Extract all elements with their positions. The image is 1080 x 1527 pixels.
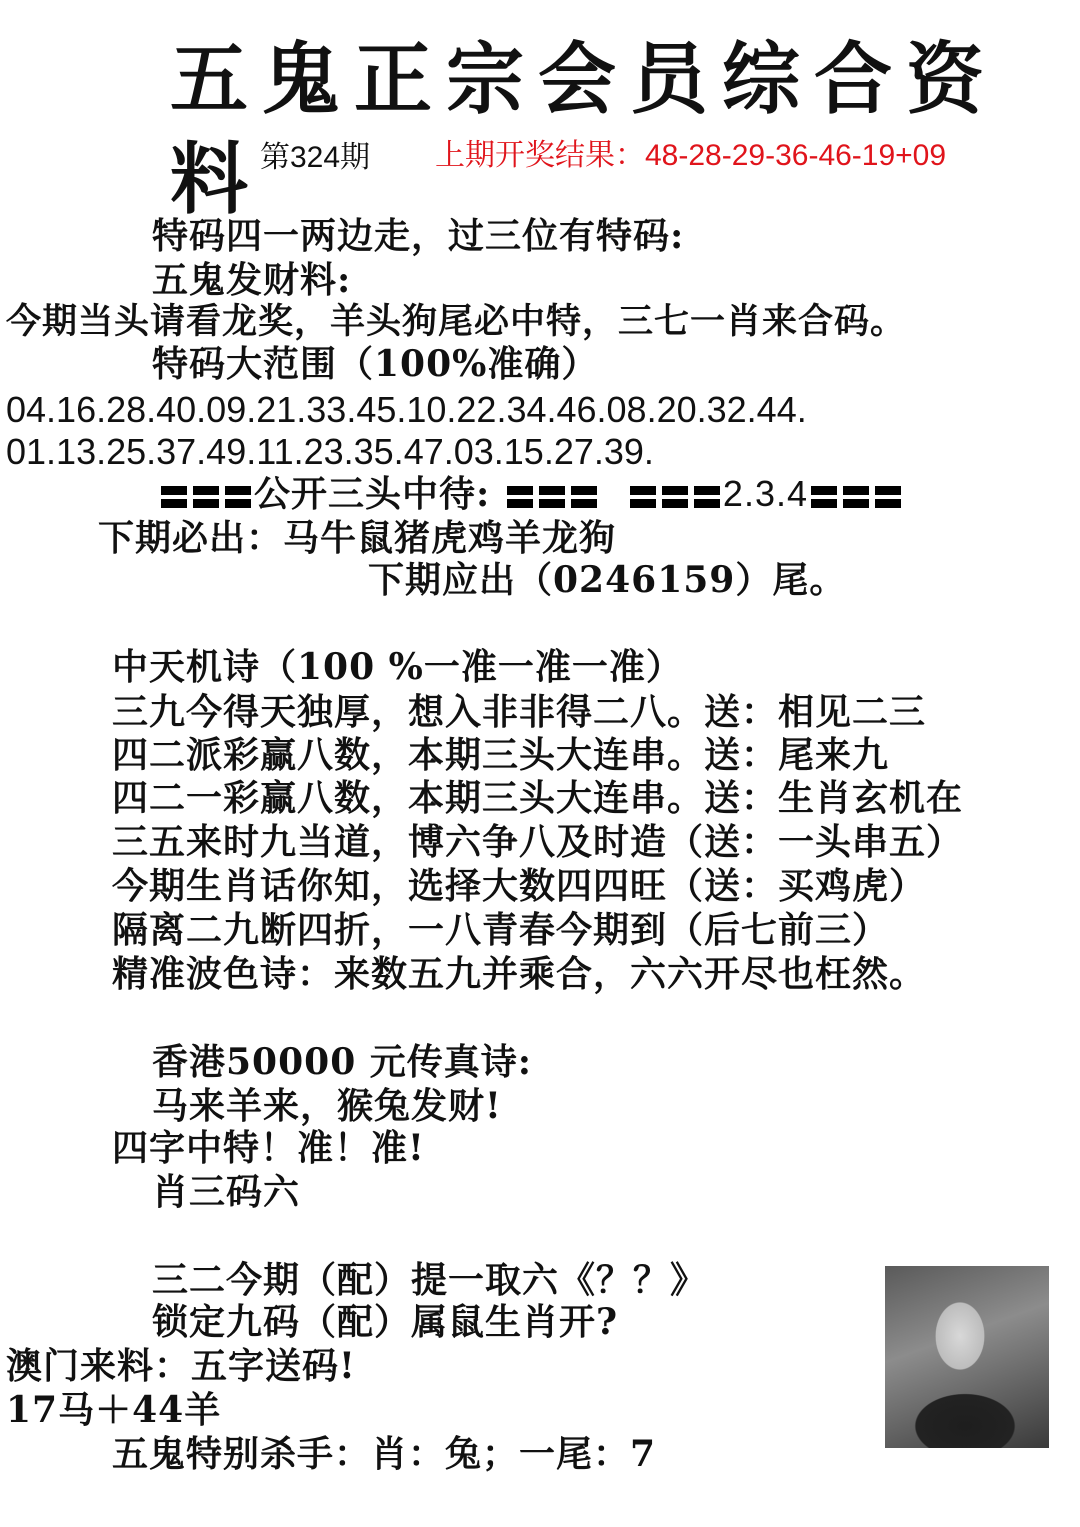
last-result: 上期开奖结果：48-28-29-36-46-19+09 xyxy=(435,136,946,176)
macau-line: 澳门来料：五字送码! xyxy=(6,1344,356,1388)
text-line: 五鬼发财料: xyxy=(152,258,351,302)
portrait-photo xyxy=(885,1266,1049,1448)
block-icon xyxy=(694,486,720,508)
poem-line: 隔离二九断四折，一八青春今期到（后七前三） xyxy=(112,908,889,952)
block-icon xyxy=(811,486,837,508)
hk-line: 香港50000 元传真诗: xyxy=(152,1040,532,1084)
text-line: 特码四一两边走，过三位有特码: xyxy=(152,214,684,258)
block-icon xyxy=(875,486,901,508)
bottom-line: 三二今期（配）提一取六《？？》 xyxy=(152,1258,707,1302)
last-result-label: 上期开奖结果： xyxy=(435,139,645,172)
poem-line: 三九今得天独厚，想入非非得二八。送：相见二三 xyxy=(112,690,926,734)
issue-number: 第324期 xyxy=(260,138,370,178)
block-icon xyxy=(662,486,688,508)
text-line: 今期当头请看龙奖，羊头狗尾必中特，三七一肖来合码。 xyxy=(6,300,906,344)
public-heads-label: 公开三头中待: xyxy=(254,473,490,515)
page-title: 五鬼正宗会员综合资料 xyxy=(170,30,1080,230)
bottom-line: 锁定九码（配）属鼠生肖开? xyxy=(152,1300,618,1344)
number-range-row-2: 01.13.25.37.49.11.23.35.47.03.15.27.39. xyxy=(6,430,654,474)
poem-line: 四二派彩赢八数，本期三头大连串。送：尾来九 xyxy=(112,733,889,777)
poem-line: 三五来时九当道，博六争八及时造（送：一头串五） xyxy=(112,820,963,864)
next-tail: 下期应出（0246159）尾。 xyxy=(368,558,846,602)
block-icon xyxy=(161,486,187,508)
poem-title: 中天机诗（100 %一准一准一准） xyxy=(112,645,683,689)
poem-line: 今期生肖话你知，选择大数四四旺（送：买鸡虎） xyxy=(112,864,926,908)
block-icon xyxy=(507,486,533,508)
number-range-row-1: 04.16.28.40.09.21.33.45.10.22.34.46.08.2… xyxy=(6,388,807,432)
block-icon xyxy=(571,486,597,508)
poem-line: 四二一彩赢八数，本期三头大连串。送：生肖玄机在 xyxy=(112,776,963,820)
text-line: 特码大范围（100%准确） xyxy=(152,342,598,386)
killer-line: 五鬼特别杀手：肖：兔；一尾：7 xyxy=(112,1432,656,1476)
hk-line: 马来羊来，猴兔发财! xyxy=(152,1084,502,1128)
hk-line: 四字中特！准！准! xyxy=(112,1126,425,1170)
next-must-zodiacs: 下期必出：马牛鼠猪虎鸡羊龙狗 xyxy=(98,516,616,560)
block-icon xyxy=(193,486,219,508)
poem-line: 精准波色诗：来数五九并乘合，六六开尽也枉然。 xyxy=(112,952,926,996)
block-icon xyxy=(630,486,656,508)
hk-line: 肖三码六 xyxy=(152,1170,300,1214)
public-heads-value: 2.3.4 xyxy=(723,473,808,514)
block-icon xyxy=(225,486,251,508)
macau-numbers: 17马＋44羊 xyxy=(6,1388,221,1432)
block-icon xyxy=(843,486,869,508)
last-result-value: 48-28-29-36-46-19+09 xyxy=(645,139,946,172)
public-heads-line: 公开三头中待: 2.3.4 xyxy=(158,472,904,516)
block-icon xyxy=(539,486,565,508)
